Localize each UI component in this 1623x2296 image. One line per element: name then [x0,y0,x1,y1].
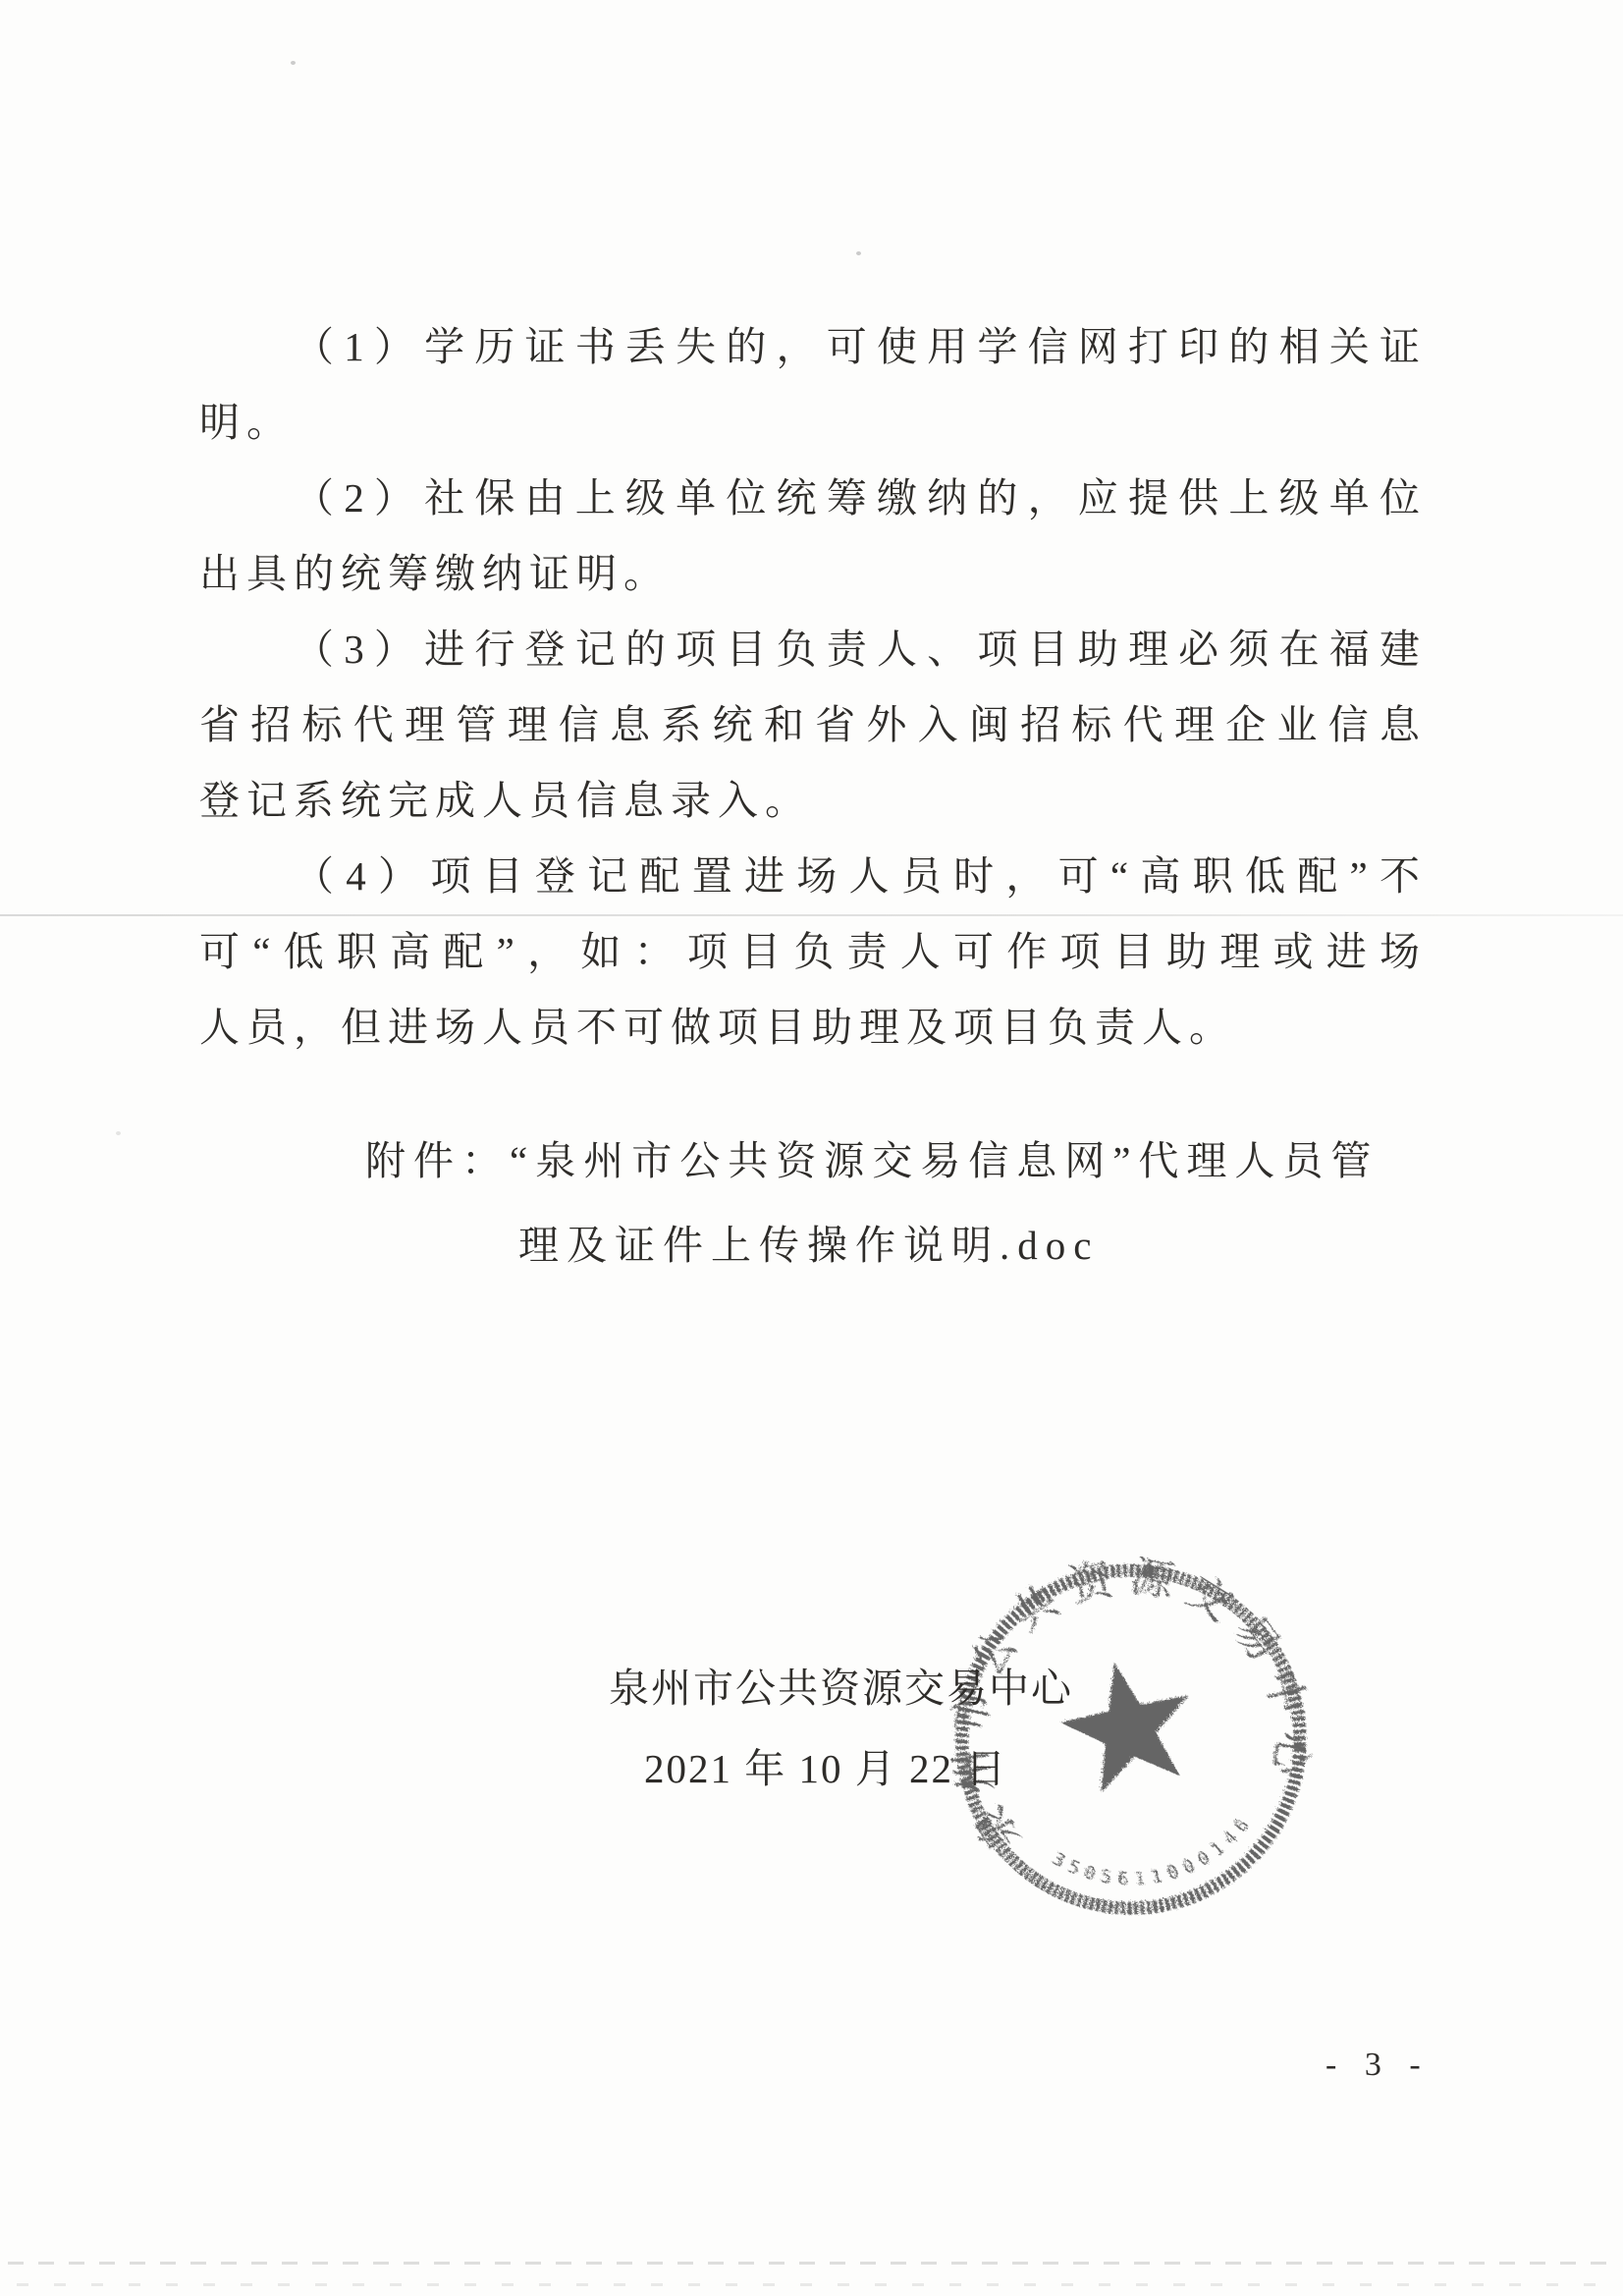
body-line-1: （1）学历证书丢失的，可使用学信网打印的相关证 [199,322,1427,371]
signature-org: 泉州市公共资源交易中心 [609,1656,1073,1714]
attachment-line-2: 理及证件上传操作说明.doc [518,1221,1099,1270]
scan-artifact-noise-band [8,2283,1615,2286]
page-number: - 3 - [1325,2047,1431,2084]
body-line-5: （3）进行登记的项目负责人、项目助理必须在福建 [199,625,1427,674]
scan-artifact-hairline [0,914,1623,916]
scan-artifact-noise-band [8,2262,1615,2265]
body-line-8: （4）项目登记配置进场人员时，可“高职低配”不 [199,851,1427,901]
seal-serial: 3505611000146 [1044,1806,1265,1907]
scan-artifact-speck [291,61,296,65]
body-line-4: 出具的统筹缴纳证明。 [199,549,1427,598]
body-line-2: 明。 [199,398,1427,447]
scan-artifact-speck [856,251,861,255]
body-line-10: 人员，但进场人员不可做项目助理及项目负责人。 [199,1003,1427,1052]
body-line-7: 登记系统完成人员信息录入。 [199,776,1427,825]
body-line-9: 可“低职高配”，如：项目负责人可作项目助理或进场 [199,927,1427,976]
signature-date: 2021 年 10 月 22 日 [644,1736,1007,1794]
attachment-line-1: 附件：“泉州市公共资源交易信息网”代理人员管 [365,1136,1379,1185]
scan-artifact-speck [116,1131,121,1135]
body-line-6: 省招标代理管理信息系统和省外入闽招标代理企业信息 [199,700,1427,749]
body-line-3: （2）社保由上级单位统筹缴纳的，应提供上级单位 [199,473,1427,522]
scanned-document-page: （1）学历证书丢失的，可使用学信网打印的相关证 明。 （2）社保由上级单位统筹缴… [0,0,1623,2296]
